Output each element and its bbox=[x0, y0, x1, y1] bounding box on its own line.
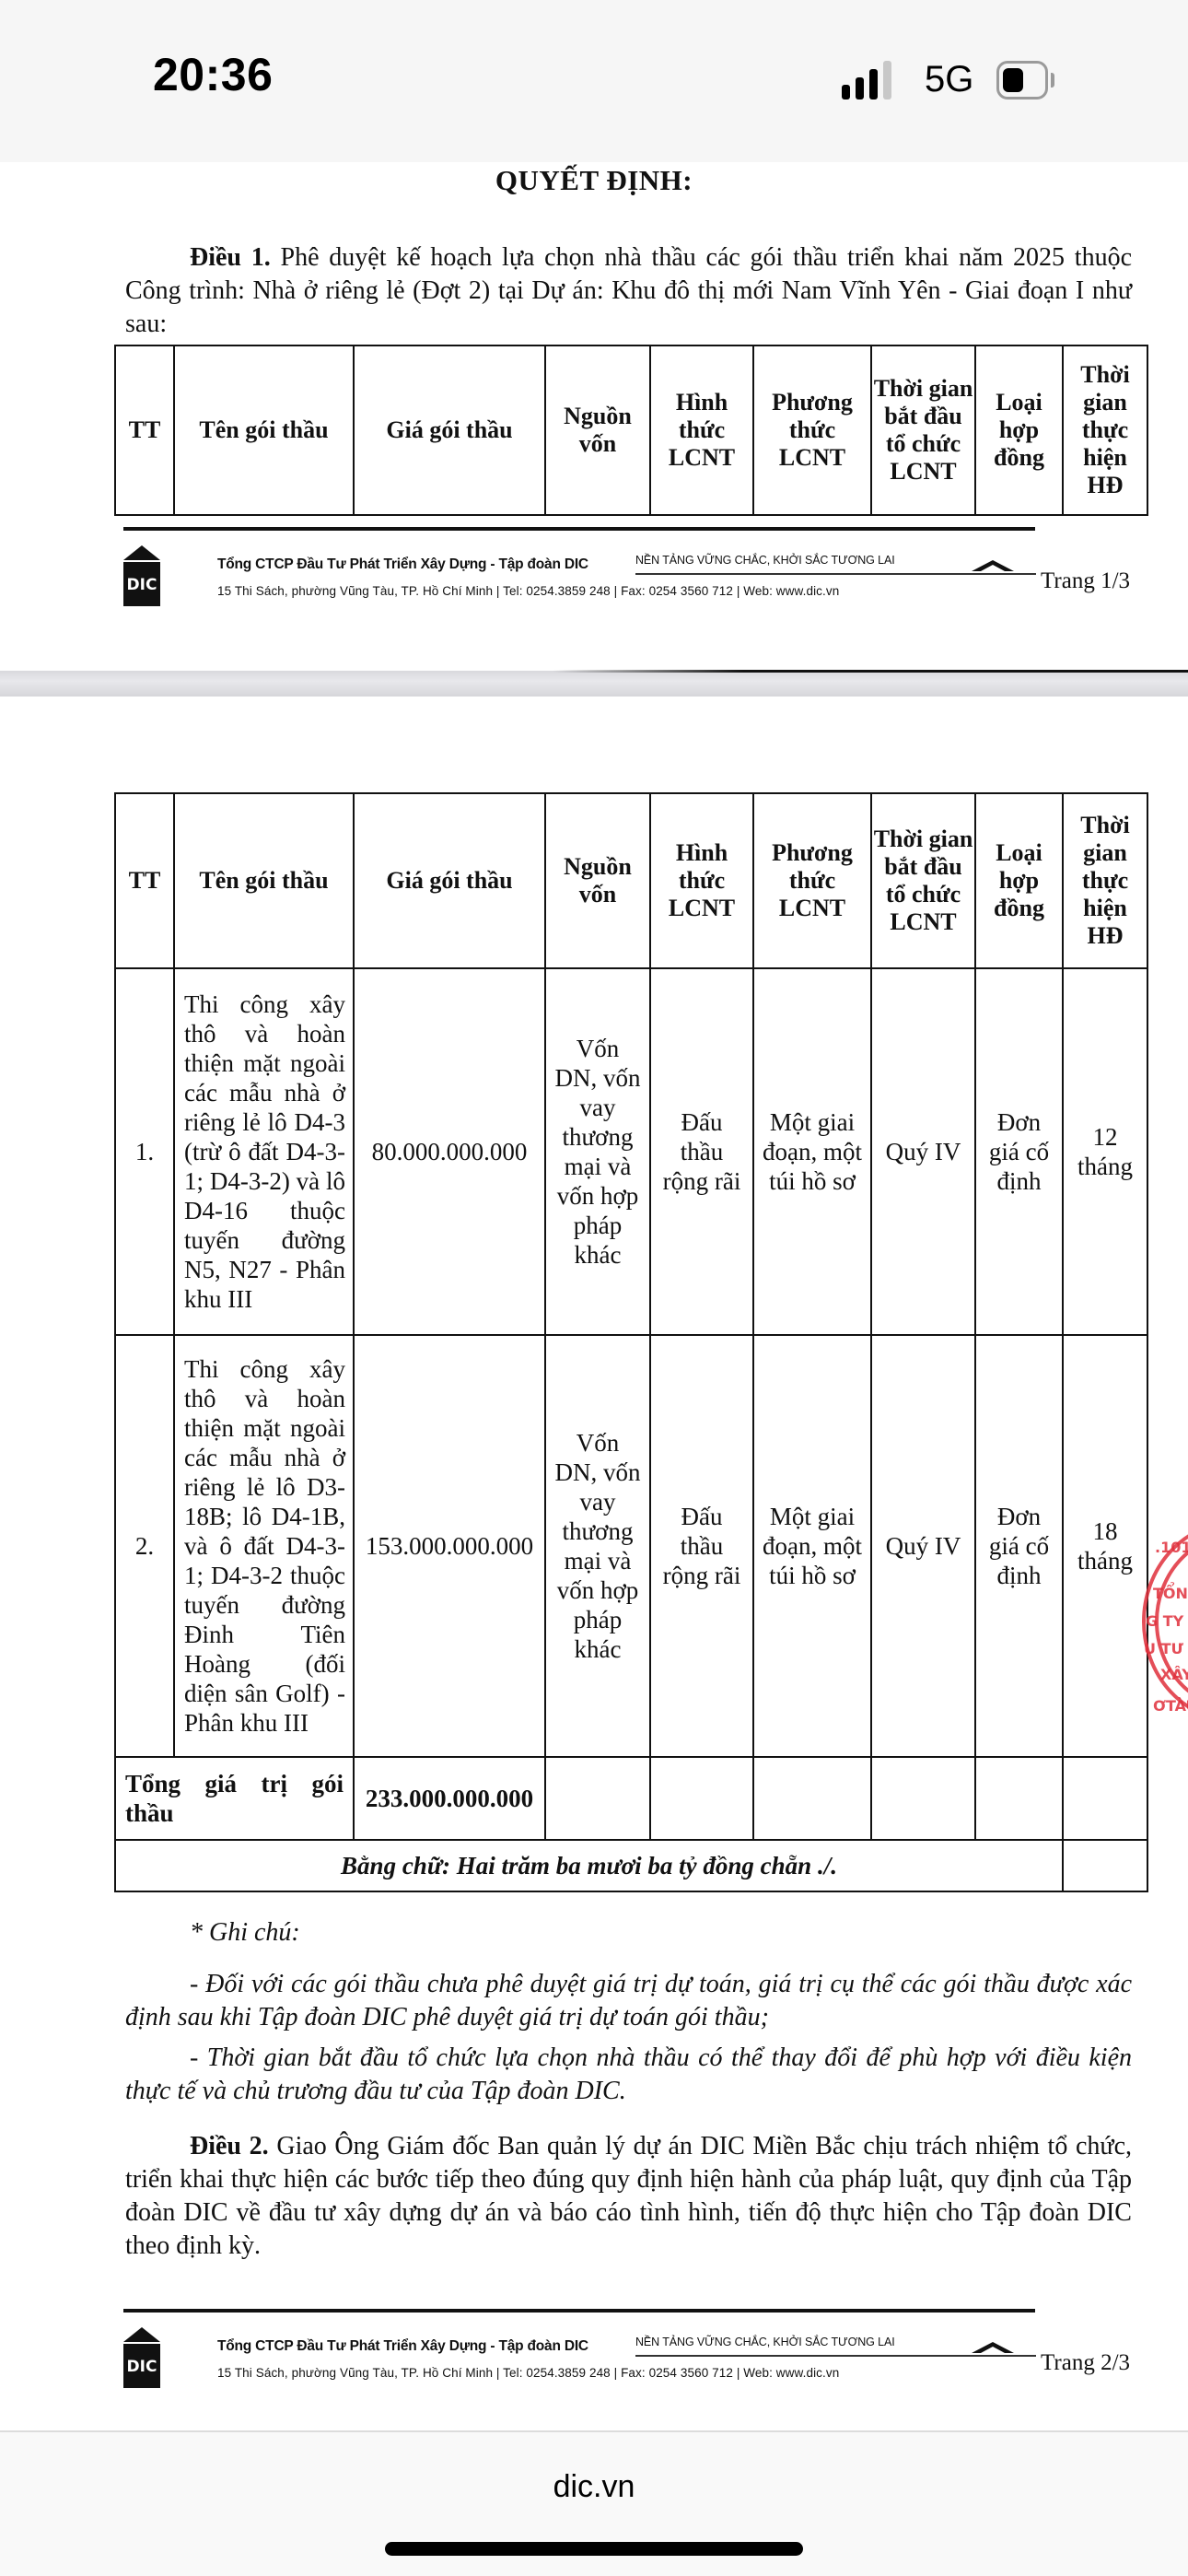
cell-tt: 1. bbox=[115, 968, 174, 1335]
company-slogan: NỀN TẢNG VỮNG CHẮC, KHỞI SẮC TƯƠNG LAI bbox=[635, 2336, 895, 2348]
column-header: Loại hợp đồng bbox=[975, 793, 1063, 968]
column-header: Thời gian bắt đầu tổ chức LCNT bbox=[871, 345, 975, 515]
cellular-signal-icon bbox=[842, 61, 899, 100]
total-in-words: Bằng chữ: Hai trăm ba mươi ba tỷ đồng ch… bbox=[115, 1840, 1063, 1891]
cell-start: Quý IV bbox=[871, 968, 975, 1335]
article-1: Điều 1. Phê duyệt kế hoạch lựa chọn nhà … bbox=[125, 241, 1132, 341]
table-row: 2.Thi công xây thô và hoàn thiện mặt ngo… bbox=[115, 1335, 1147, 1757]
bid-table-header-page1: TTTên gói thầuGiá gói thầuNguồn vốnHình … bbox=[114, 345, 1148, 516]
network-type: 5G bbox=[925, 59, 973, 100]
svg-text:XÂY: XÂY bbox=[1160, 1666, 1188, 1683]
bid-table: TTTên gói thầuGiá gói thầuNguồn vốnHình … bbox=[114, 792, 1148, 1892]
cell-price: 153.000.000.000 bbox=[354, 1335, 545, 1757]
letterhead-footer: DIC Tổng CTCP Đầu Tư Phát Triển Xây Dựng… bbox=[111, 518, 1188, 619]
cell-method: Một giai đoạn, một túi hồ sơ bbox=[753, 968, 871, 1335]
company-address: 15 Thi Sách, phường Vũng Tàu, TP. Hồ Chí… bbox=[217, 584, 839, 598]
battery-tip-icon bbox=[1051, 73, 1054, 88]
column-header: TT bbox=[115, 793, 174, 968]
dic-logo-icon: DIC bbox=[123, 2327, 160, 2388]
battery-icon bbox=[996, 61, 1048, 100]
note-item: - Đối với các gói thầu chưa phê duyệt gi… bbox=[125, 1968, 1132, 2034]
table-total-row: Tổng giá trị gói thầu 233.000.000.000 bbox=[115, 1757, 1147, 1840]
article-2: Điều 2. Giao Ông Giám đốc Ban quản lý dự… bbox=[125, 2130, 1132, 2263]
document-title: QUYẾT ĐỊNH: bbox=[0, 164, 1188, 197]
document-page-1: QUYẾT ĐỊNH: Điều 1. Phê duyệt kế hoạch l… bbox=[0, 162, 1188, 671]
status-bar: 20:36 5G bbox=[0, 0, 1188, 162]
cell-form: Đấu thầu rộng rãi bbox=[650, 1335, 753, 1757]
cell-duration: 12 tháng bbox=[1063, 968, 1147, 1335]
column-header: Tên gói thầu bbox=[174, 793, 354, 968]
svg-text:DIC: DIC bbox=[127, 2358, 157, 2376]
document-page-2: TTTên gói thầuGiá gói thầuNguồn vốnHình … bbox=[0, 697, 1188, 2430]
cell-source: Vốn DN, vốn vay thương mại và vốn hợp ph… bbox=[545, 1335, 650, 1757]
company-address: 15 Thi Sách, phường Vũng Tàu, TP. Hồ Chí… bbox=[217, 2366, 839, 2380]
cell-name: Thi công xây thô và hoàn thiện mặt ngoài… bbox=[174, 1335, 354, 1757]
column-header: Tên gói thầu bbox=[174, 345, 354, 515]
letterhead-footer: DIC Tổng CTCP Đầu Tư Phát Triển Xây Dựng… bbox=[111, 2300, 1188, 2401]
svg-text:G TY C: G TY C bbox=[1146, 1612, 1188, 1630]
table-row: 1.Thi công xây thô và hoàn thiện mặt ngo… bbox=[115, 968, 1147, 1335]
company-slogan: NỀN TẢNG VỮNG CHẮC, KHỞI SẮC TƯƠNG LAI bbox=[635, 554, 895, 567]
cell-source: Vốn DN, vốn vay thương mại và vốn hợp ph… bbox=[545, 968, 650, 1335]
cell-tt: 2. bbox=[115, 1335, 174, 1757]
page-edge-shadow bbox=[553, 670, 1188, 673]
article-1-text: Phê duyệt kế hoạch lựa chọn nhà thầu các… bbox=[125, 243, 1132, 338]
svg-text:ƠTÀU: ƠTÀU bbox=[1153, 1697, 1188, 1715]
column-header: Nguồn vốn bbox=[545, 345, 650, 515]
note-item: - Thời gian bắt đầu tổ chức lựa chọn nhà… bbox=[125, 2042, 1132, 2108]
cell-method: Một giai đoạn, một túi hồ sơ bbox=[753, 1335, 871, 1757]
cell-form: Đấu thầu rộng rãi bbox=[650, 968, 753, 1335]
table-header-row: TTTên gói thầuGiá gói thầuNguồn vốnHình … bbox=[115, 345, 1147, 515]
svg-text:TỔNG: TỔNG bbox=[1153, 1582, 1188, 1602]
column-header: Giá gói thầu bbox=[354, 345, 545, 515]
page-number: Trang 1/3 bbox=[1041, 568, 1130, 594]
company-name: Tổng CTCP Đầu Tư Phát Triển Xây Dựng - T… bbox=[217, 2338, 588, 2355]
company-seal-icon: .101 TỔNG G TY C U TƯ PH XÂY ƠTÀU bbox=[1135, 1516, 1188, 1727]
cell-contract-type: Đơn giá cố định bbox=[975, 968, 1063, 1335]
article-1-label: Điều 1. bbox=[190, 243, 271, 272]
browser-address-bar[interactable]: dic.vn bbox=[0, 2430, 1188, 2576]
column-header: Hình thức LCNT bbox=[650, 793, 753, 968]
article-2-text: Giao Ông Giám đốc Ban quản lý dự án DIC … bbox=[125, 2132, 1132, 2260]
column-header: TT bbox=[115, 345, 174, 515]
home-indicator[interactable] bbox=[385, 2542, 803, 2556]
column-header: Phương thức LCNT bbox=[753, 345, 871, 515]
dic-logo-icon: DIC bbox=[123, 545, 160, 606]
column-header: Phương thức LCNT bbox=[753, 793, 871, 968]
column-header: Thời gian thực hiện HĐ bbox=[1063, 345, 1147, 515]
page-number: Trang 2/3 bbox=[1041, 2350, 1130, 2376]
cell-price: 80.000.000.000 bbox=[354, 968, 545, 1335]
column-header: Thời gian thực hiện HĐ bbox=[1063, 793, 1147, 968]
cell-name: Thi công xây thô và hoàn thiện mặt ngoài… bbox=[174, 968, 354, 1335]
page-separator bbox=[0, 671, 1188, 697]
notes-heading: * Ghi chú: bbox=[125, 1916, 1132, 1950]
table-header-row: TTTên gói thầuGiá gói thầuNguồn vốnHình … bbox=[115, 793, 1147, 968]
cell-start: Quý IV bbox=[871, 1335, 975, 1757]
column-header: Loại hợp đồng bbox=[975, 345, 1063, 515]
status-time: 20:36 bbox=[153, 48, 273, 101]
total-value: 233.000.000.000 bbox=[354, 1757, 545, 1840]
table-words-row: Bằng chữ: Hai trăm ba mươi ba tỷ đồng ch… bbox=[115, 1840, 1147, 1891]
chevron-up-icon bbox=[972, 560, 1014, 571]
svg-text:DIC: DIC bbox=[127, 576, 157, 594]
column-header: Thời gian bắt đầu tổ chức LCNT bbox=[871, 793, 975, 968]
svg-text:.101: .101 bbox=[1155, 1539, 1188, 1556]
column-header: Nguồn vốn bbox=[545, 793, 650, 968]
column-header: Hình thức LCNT bbox=[650, 345, 753, 515]
url-text[interactable]: dic.vn bbox=[0, 2469, 1188, 2505]
total-label: Tổng giá trị gói thầu bbox=[115, 1757, 354, 1840]
column-header: Giá gói thầu bbox=[354, 793, 545, 968]
svg-text:U TƯ PH: U TƯ PH bbox=[1144, 1640, 1188, 1657]
company-name: Tổng CTCP Đầu Tư Phát Triển Xây Dựng - T… bbox=[217, 556, 588, 573]
cell-contract-type: Đơn giá cố định bbox=[975, 1335, 1063, 1757]
chevron-up-icon bbox=[972, 2342, 1014, 2353]
article-2-label: Điều 2. bbox=[190, 2132, 269, 2160]
